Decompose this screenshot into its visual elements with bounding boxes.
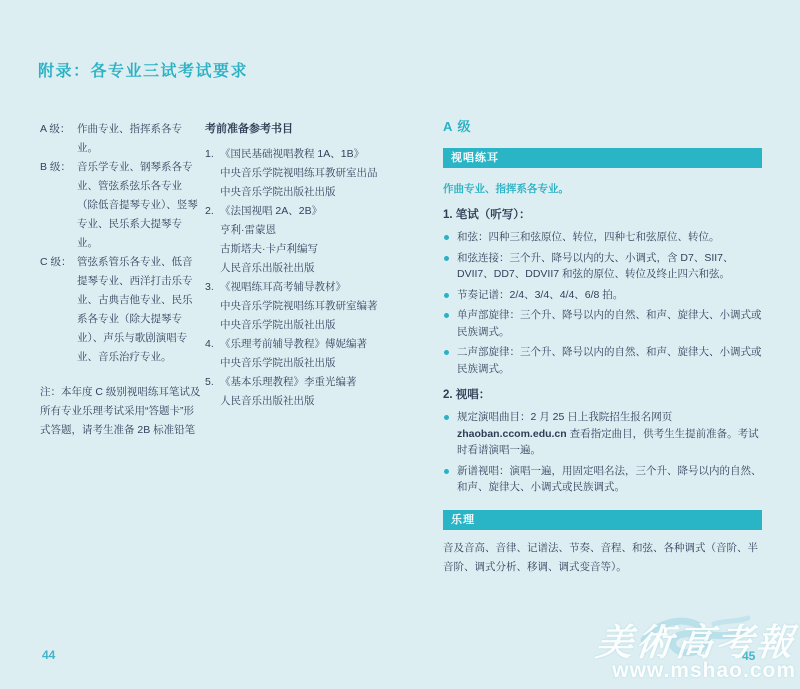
list-item-text: 和弦连接：三个升、降号以内的大、小调式，含 D7、SII7、DVII7、DD7、…	[457, 252, 734, 281]
bullet-dot-icon	[444, 469, 449, 474]
book-number: 5.	[205, 373, 220, 411]
list-item: 二声部旋律：三个升、降号以内的自然、和声、旋律大、小调式或民族调式。	[443, 344, 762, 377]
bullet-dot-icon	[444, 256, 449, 261]
text-segment: 规定演唱曲目：2 月 25 日上我院招生报名网页	[457, 411, 672, 423]
book-title: 《国民基础视唱教程 1A、1B》	[220, 145, 427, 164]
book-item: 1. 《国民基础视唱教程 1A、1B》 中央音乐学院视唱练耳教研室出品 中央音乐…	[205, 145, 427, 202]
book-details: 《国民基础视唱教程 1A、1B》 中央音乐学院视唱练耳教研室出品 中央音乐学院出…	[220, 145, 427, 202]
ccom-logo-swirl	[630, 610, 760, 671]
bullet-dot-icon	[444, 313, 449, 318]
book-author: 亨利·雷蒙恩	[220, 221, 427, 240]
grade-legend-c: C 级： 管弦系管乐各专业、低音提琴专业、西洋打击乐专业、古典吉他专业、民乐系各…	[40, 253, 202, 367]
grade-legend-a: A 级： 作曲专业、指挥系各专业。	[40, 120, 202, 158]
book-details: 《基本乐理教程》李重光编著 人民音乐出版社出版	[220, 373, 427, 411]
book-author: 中央音乐学院视唱练耳教研室出品	[220, 164, 427, 183]
reference-books-column: 考前准备参考书目 1. 《国民基础视唱教程 1A、1B》 中央音乐学院视唱练耳教…	[205, 120, 427, 411]
book-number: 4.	[205, 335, 220, 373]
grade-majors: 作曲专业、指挥系各专业。	[77, 120, 202, 158]
grade-majors: 管弦系管乐各专业、低音提琴专业、西洋打击乐专业、古典吉他专业、民乐系各专业（除大…	[77, 253, 202, 367]
bullet-dot-icon	[444, 350, 449, 355]
list-item-text: 和弦：四种三和弦原位、转位，四种七和弦原位、转位。	[457, 231, 720, 243]
grade-label: C 级：	[40, 253, 77, 367]
book-title: 《乐理考前辅导教程》傅妮编著	[220, 335, 427, 354]
book-item: 2. 《法国视唱 2A、2B》 亨利·雷蒙恩 古斯塔夫·卡卢利编写 人民音乐出版…	[205, 202, 427, 278]
singing-exam-list: 规定演唱曲目：2 月 25 日上我院招生报名网页 zhaoban.ccom.ed…	[443, 409, 762, 496]
document-page: 附录：各专业三试考试要求 A 级： 作曲专业、指挥系各专业。 B 级： 音乐学专…	[0, 0, 800, 689]
bullet-dot-icon	[444, 415, 449, 420]
book-author: 中央音乐学院视唱练耳教研室编著	[220, 297, 427, 316]
page-number-left: 44	[42, 648, 55, 662]
book-title: 《视唱练耳高考辅导教材》	[220, 278, 427, 297]
book-title: 《基本乐理教程》李重光编著	[220, 373, 427, 392]
list-item: 单声部旋律：三个升、降号以内的自然、和声、旋律大、小调式或民族调式。	[443, 307, 762, 340]
book-number: 2.	[205, 202, 220, 278]
grade-a-heading: A 级	[443, 116, 762, 135]
exam-note: 注：本年度 C 级别视唱练耳笔试及所有专业乐理考试采用“答题卡”形式答题，请考生…	[40, 383, 202, 440]
sightsinging-section-bar: 视唱练耳	[443, 148, 762, 168]
book-item: 3. 《视唱练耳高考辅导教材》 中央音乐学院视唱练耳教研室编著 中央音乐学院出版…	[205, 278, 427, 335]
written-exam-heading: 1. 笔试（听写）：	[443, 206, 762, 222]
book-item: 5. 《基本乐理教程》李重光编著 人民音乐出版社出版	[205, 373, 427, 411]
book-number: 1.	[205, 145, 220, 202]
list-item-text: 单声部旋律：三个升、降号以内的自然、和声、旋律大、小调式或民族调式。	[457, 309, 762, 338]
written-exam-list: 和弦：四种三和弦原位、转位，四种七和弦原位、转位。 和弦连接：三个升、降号以内的…	[443, 229, 762, 377]
book-item: 4. 《乐理考前辅导教程》傅妮编著 中央音乐学院出版社出版	[205, 335, 427, 373]
page-title: 附录：各专业三试考试要求	[38, 58, 248, 81]
grade-a-requirements-column: A 级 视唱练耳 作曲专业、指挥系各专业。 1. 笔试（听写）： 和弦：四种三和…	[443, 116, 762, 577]
book-details: 《法国视唱 2A、2B》 亨利·雷蒙恩 古斯塔夫·卡卢利编写 人民音乐出版社出版	[220, 202, 427, 278]
section-bar-label: 视唱练耳	[451, 152, 499, 164]
grade-label: A 级：	[40, 120, 77, 158]
book-number: 3.	[205, 278, 220, 335]
applicable-majors: 作曲专业、指挥系各专业。	[443, 181, 762, 196]
theory-content: 音及音高、音律、记谱法、节奏、音程、和弦、各种调式（音阶、半音阶、调式分析、移调…	[443, 539, 762, 577]
book-details: 《视唱练耳高考辅导教材》 中央音乐学院视唱练耳教研室编著 中央音乐学院出版社出版	[220, 278, 427, 335]
singing-exam-heading: 2. 视唱：	[443, 386, 762, 402]
grade-label: B 级：	[40, 158, 77, 253]
list-item: 和弦：四种三和弦原位、转位，四种七和弦原位、转位。	[443, 229, 762, 246]
list-item-text: 节奏记谱：2/4、3/4、4/4、6/8 拍。	[457, 289, 623, 301]
book-publisher: 人民音乐出版社出版	[220, 259, 427, 278]
book-title: 《法国视唱 2A、2B》	[220, 202, 427, 221]
list-item: 规定演唱曲目：2 月 25 日上我院招生报名网页 zhaoban.ccom.ed…	[443, 409, 762, 459]
list-item-text: 新谱视唱：演唱一遍，用固定唱名法，三个升、降号以内的自然、和声、旋律大、小调式或…	[457, 465, 762, 494]
theory-section-bar: 乐理	[443, 510, 762, 530]
grade-legend-b: B 级： 音乐学专业、钢琴系各专业、管弦系弦乐各专业（除低音提琴专业）、竖琴专业…	[40, 158, 202, 253]
bullet-dot-icon	[444, 293, 449, 298]
reference-books-heading: 考前准备参考书目	[205, 120, 427, 136]
book-publisher: 人民音乐出版社出版	[220, 392, 427, 411]
book-author: 古斯塔夫·卡卢利编写	[220, 240, 427, 259]
registration-url: zhaoban.ccom.edu.cn	[457, 428, 567, 440]
list-item: 新谱视唱：演唱一遍，用固定唱名法，三个升、降号以内的自然、和声、旋律大、小调式或…	[443, 463, 762, 496]
page-number-right: 45	[742, 649, 755, 663]
book-details: 《乐理考前辅导教程》傅妮编著 中央音乐学院出版社出版	[220, 335, 427, 373]
list-item-text: 规定演唱曲目：2 月 25 日上我院招生报名网页 zhaoban.ccom.ed…	[457, 411, 759, 456]
book-publisher: 中央音乐学院出版社出版	[220, 354, 427, 373]
grade-legend-column: A 级： 作曲专业、指挥系各专业。 B 级： 音乐学专业、钢琴系各专业、管弦系弦…	[40, 120, 202, 440]
book-publisher: 中央音乐学院出版社出版	[220, 316, 427, 335]
list-item-text: 二声部旋律：三个升、降号以内的自然、和声、旋律大、小调式或民族调式。	[457, 346, 762, 375]
list-item: 节奏记谱：2/4、3/4、4/4、6/8 拍。	[443, 287, 762, 304]
list-item: 和弦连接：三个升、降号以内的大、小调式，含 D7、SII7、DVII7、DD7、…	[443, 250, 762, 283]
section-bar-label: 乐理	[451, 514, 475, 526]
book-publisher: 中央音乐学院出版社出版	[220, 183, 427, 202]
bullet-dot-icon	[444, 235, 449, 240]
grade-majors: 音乐学专业、钢琴系各专业、管弦系弦乐各专业（除低音提琴专业）、竖琴专业、民乐系大…	[77, 158, 202, 253]
